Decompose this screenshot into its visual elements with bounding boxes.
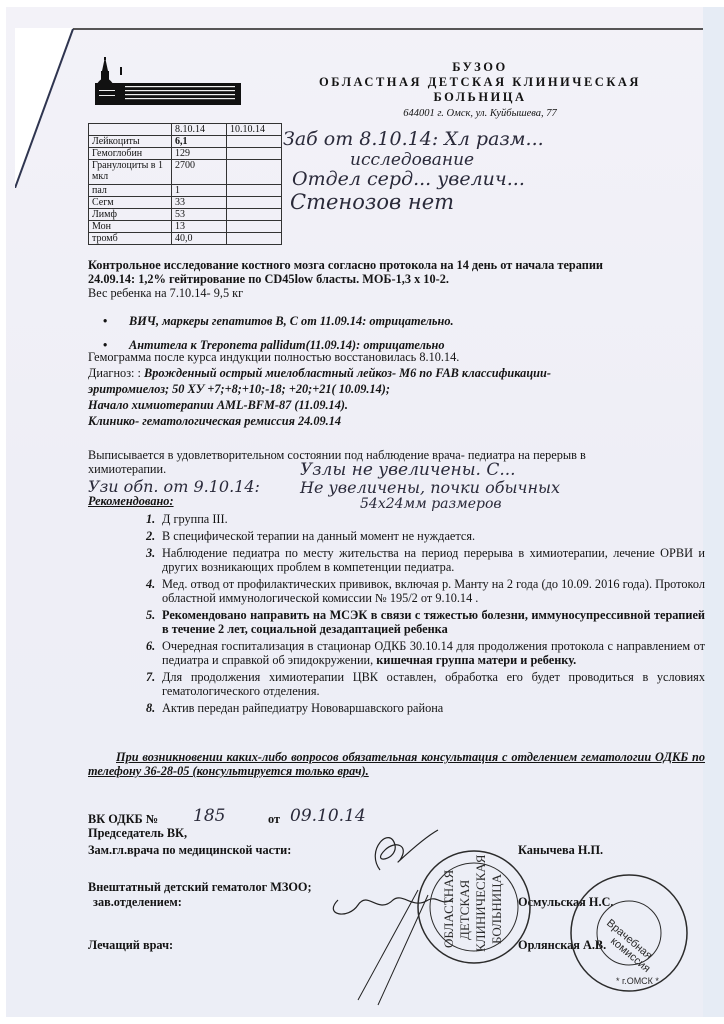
list-item: 6.Очередная госпитализация в стационар О…	[140, 639, 705, 667]
vk-number: 185	[193, 806, 225, 826]
scan-edge	[703, 7, 724, 1017]
recommended-heading: Рекомендовано:	[88, 494, 174, 508]
bone-marrow-result-cont: 24.09.14: 1,2% гейтирование по CD45low б…	[88, 272, 705, 286]
letterhead: БУЗОО ОБЛАСТНАЯ ДЕТСКАЯ КЛИНИЧЕСКАЯ БОЛЬ…	[300, 60, 660, 119]
table-row: Мон13	[89, 221, 282, 233]
vk-from: от	[268, 812, 280, 827]
consultation-note: При возникновении каких-либо вопросов об…	[88, 750, 705, 778]
handwritten-note-line: 54х24мм размеров	[360, 496, 502, 512]
table-row: Гемоглобин129	[89, 148, 282, 160]
handwritten-note-line: Стенозов нет	[290, 190, 454, 214]
handwritten-note-line: исследование	[350, 150, 474, 170]
remission: Клинико- гематологическая ремиссия 24.09…	[88, 414, 705, 428]
page-fold-edge	[73, 28, 703, 30]
list-item: 4.Мед. отвод от профилактических прививо…	[140, 577, 705, 605]
list-item: 8.Актив передан райпедиатру Нововаршавск…	[140, 701, 705, 715]
bone-marrow-result: Контрольное исследование костного мозга …	[88, 258, 705, 272]
hemogram-note: Гемограмма после курса индукции полность…	[88, 350, 705, 364]
diagnosis-cont: эритромиелоз; 50 ХУ +7;+8;+10;-18; +20;+…	[88, 382, 705, 396]
handwritten-note-line: Узлы не увеличены. С...	[300, 460, 516, 480]
org-address: 644001 г. Омск, ул. Куйбышева, 77	[300, 108, 660, 119]
svg-text:КЛИНИЧЕСКАЯ: КЛИНИЧЕСКАЯ	[473, 854, 488, 952]
handwritten-note-line: Отдел серд... увелич...	[292, 168, 525, 190]
list-item: 3.Наблюдение педиатра по месту жительств…	[140, 546, 705, 574]
org-short-name: БУЗОО	[300, 60, 660, 75]
head-label: зав.отделением:	[93, 895, 182, 910]
doctor-label: Лечащий врач:	[88, 938, 173, 953]
hospital-stamp-icon: ОБЛАСТНАЯ ДЕТСКАЯ КЛИНИЧЕСКАЯ БОЛЬНИЦА	[415, 848, 533, 966]
handwritten-note-line: Не увеличены, почки обычных	[300, 478, 560, 497]
list-item: ВИЧ, маркеры гепатитов В, С от 11.09.14:…	[103, 314, 683, 329]
diagnosis-text: Врожденный острый миелобластный лейкоз- …	[144, 366, 551, 380]
table-row: Лейкоциты6,1	[89, 136, 282, 148]
hematologist-label: Внештатный детский гематолог МЗОО;	[88, 880, 312, 895]
table-row: Сегм33	[89, 197, 282, 209]
column-header: 8.10.14	[172, 124, 227, 136]
list-item: 7.Для продолжения химиотерапии ЦВК остав…	[140, 670, 705, 698]
table-row: Лимф53	[89, 209, 282, 221]
table-header-row: 8.10.14 10.10.14	[89, 124, 282, 136]
recommendations-list: 1.Д группа III. 2.В специфической терапи…	[140, 512, 705, 718]
diagnosis-label: Диагноз: :	[88, 366, 141, 380]
page-fold-corner	[15, 28, 75, 188]
org-name-line2: БОЛЬНИЦА	[300, 90, 660, 105]
column-header: 10.10.14	[227, 124, 282, 136]
org-name-line1: ОБЛАСТНАЯ ДЕТСКАЯ КЛИНИЧЕСКАЯ	[300, 75, 660, 90]
svg-text:ДЕТСКАЯ: ДЕТСКАЯ	[457, 880, 472, 940]
child-weight: Вес ребенка на 7.10.14- 9,5 кг	[88, 286, 705, 300]
list-item: 1.Д группа III.	[140, 512, 705, 526]
table-row: Гранулоциты в 1 мкл2700	[89, 160, 282, 185]
table-row: тромб40,0	[89, 233, 282, 245]
vk-label: ВК ОДКБ №	[88, 812, 158, 827]
svg-text:ОБЛАСТНАЯ: ОБЛАСТНАЯ	[441, 870, 456, 948]
svg-text:БОЛЬНИЦА: БОЛЬНИЦА	[489, 873, 504, 944]
handwritten-note-line: Заб от 8.10.14: Хл разм...	[283, 128, 544, 150]
list-item: 5.Рекомендовано направить на МСЭК в связ…	[140, 608, 705, 636]
commission-stamp-icon: Врачебная комиссия * г.ОМСК *	[568, 872, 690, 994]
vk-date: 09.10.14	[290, 806, 366, 826]
chair-label: Председатель ВК,	[88, 826, 187, 841]
deputy-label: Зам.гл.врача по медицинской части:	[88, 843, 291, 858]
list-item: 2.В специфической терапии на данный моме…	[140, 529, 705, 543]
lab-results-table: 8.10.14 10.10.14 Лейкоциты6,1 Гемоглобин…	[88, 123, 282, 245]
hospital-logo-icon	[93, 57, 243, 107]
table-row: пал1	[89, 185, 282, 197]
chemo-start: Начало химиотерапии AML-BFM-87 (11.09.14…	[88, 398, 705, 412]
svg-text:* г.ОМСК *: * г.ОМСК *	[616, 976, 659, 986]
diagnosis: Диагноз: : Врожденный острый миелобластн…	[88, 366, 705, 380]
